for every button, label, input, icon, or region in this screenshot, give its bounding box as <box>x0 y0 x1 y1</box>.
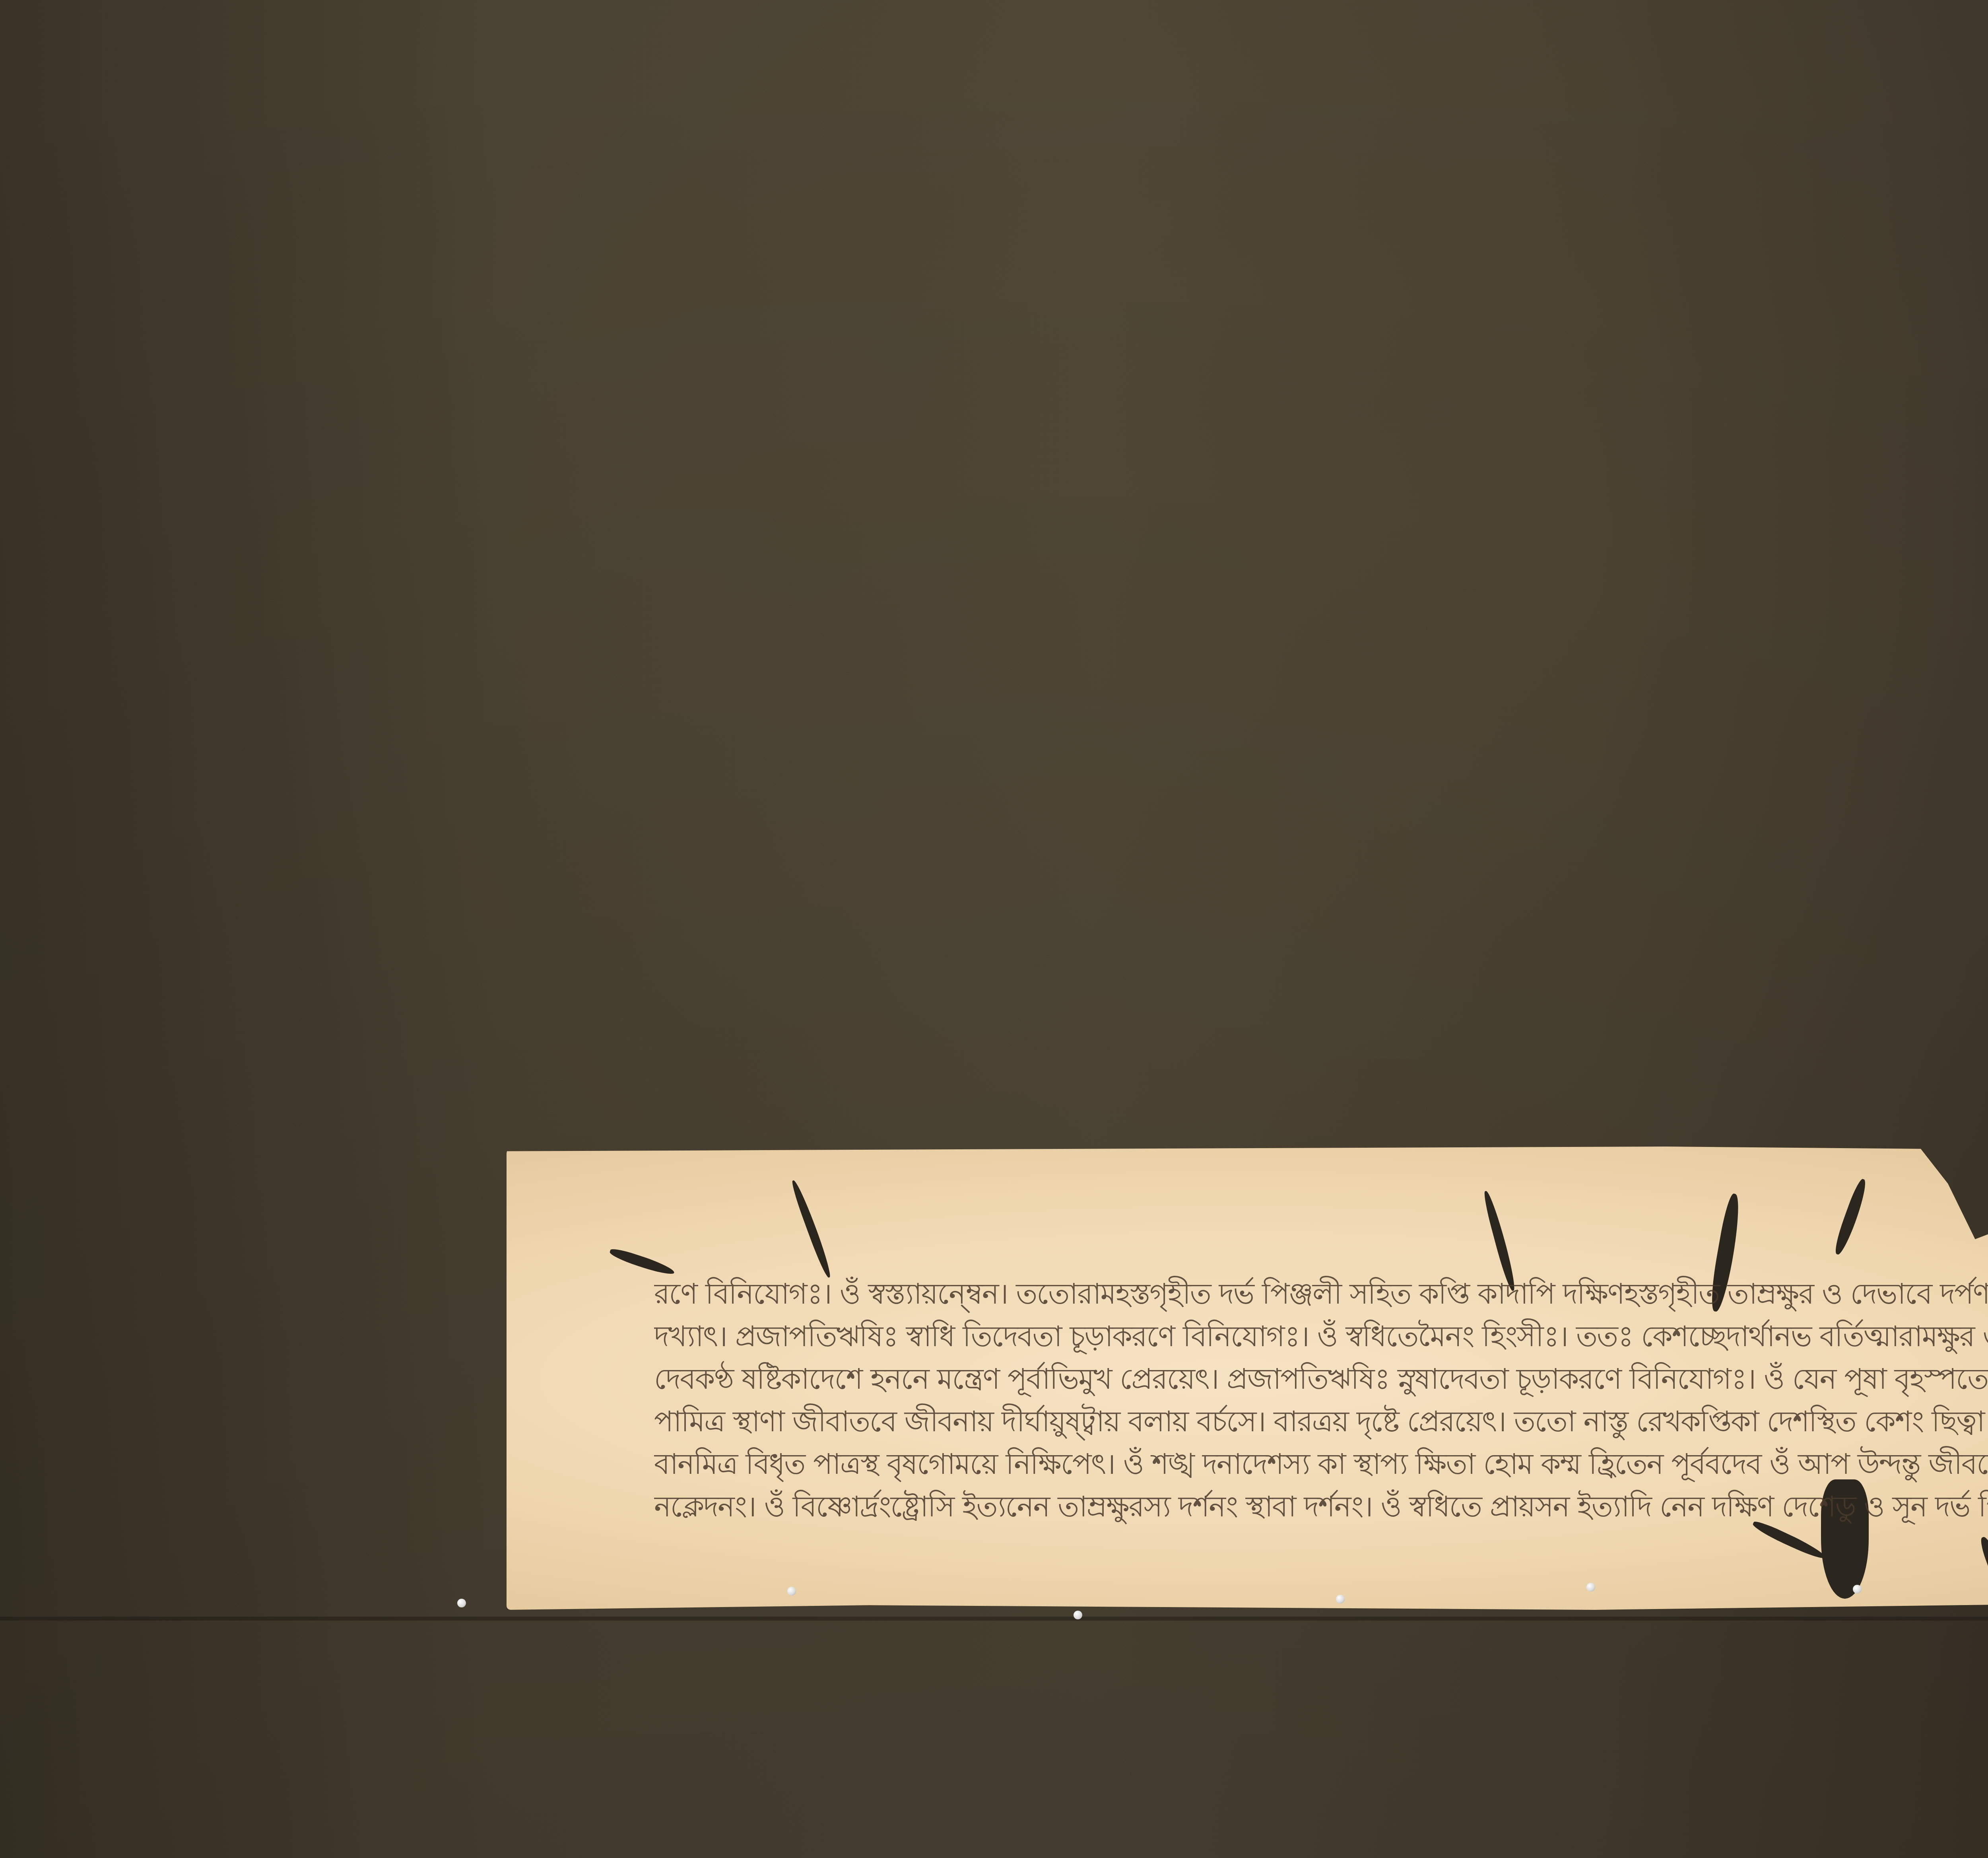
text-line: নক্লেদনং। ওঁ বিষ্ণোর্দ্রংষ্ট্রোসি ইত্যনে… <box>654 1485 1988 1528</box>
board-shadow-line <box>0 1617 1988 1621</box>
text-line: দেবকণ্ঠ ষষ্টিকাদেশে হননে মন্ত্রেণ পূর্বা… <box>654 1358 1988 1400</box>
text-line: বানমিত্র বিধৃত পাত্রস্থ বৃষগোময়ে নিক্ষি… <box>654 1443 1988 1485</box>
mounting-pin <box>1336 1595 1345 1603</box>
mounting-pin <box>1586 1583 1595 1592</box>
text-line: দখ্যাৎ। প্রজাপতিঋষিঃ স্বাধি তিদেবতা চূড়… <box>654 1315 1988 1358</box>
text-line: পামিত্র স্থাণা জীবাতবে জীবনায় দীর্ঘায়ু… <box>654 1400 1988 1443</box>
text-line: রণে বিনিযোগঃ। ওঁ স্বস্ত্যায়ন্ম্বেন। ততো… <box>654 1273 1988 1315</box>
mounting-pin <box>457 1599 466 1607</box>
manuscript-text: রণে বিনিযোগঃ। ওঁ স্বস্ত্যায়ন্ম্বেন। ততো… <box>654 1273 1988 1528</box>
mounting-pin <box>1853 1585 1862 1594</box>
mounting-pin <box>1074 1611 1082 1619</box>
mounting-pin <box>787 1587 796 1596</box>
